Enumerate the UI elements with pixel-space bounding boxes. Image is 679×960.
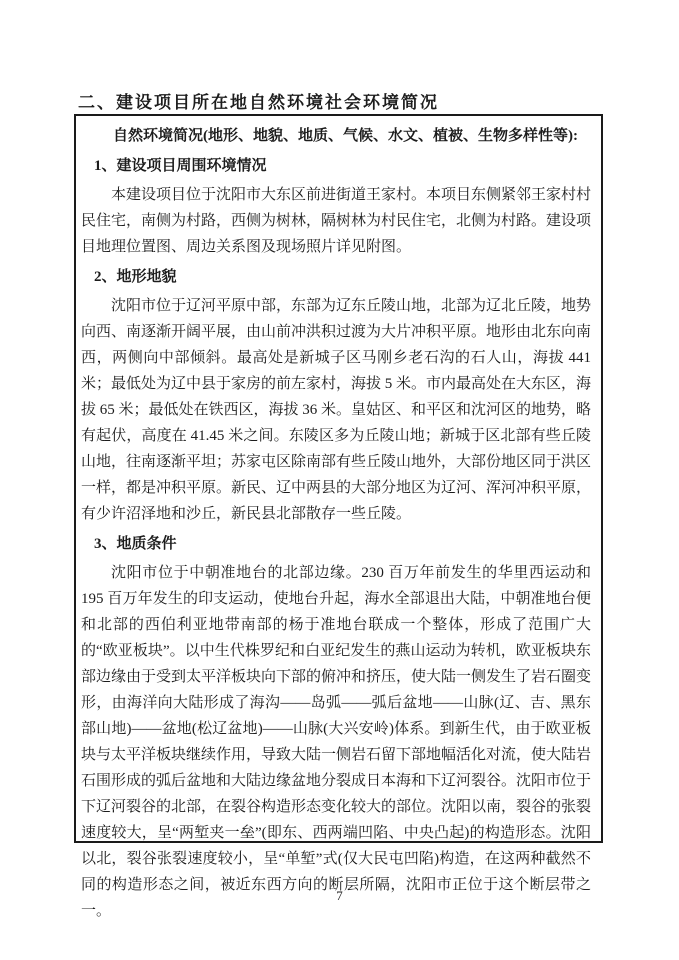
section-1-heading: 1、建设项目周围环境情况 xyxy=(94,153,591,179)
page-number: 7 xyxy=(0,888,679,904)
section-2-paragraph: 沈阳市位于辽河平原中部，东部为辽东丘陵山地，北部为辽北丘陵，地势向西、南逐渐开阔… xyxy=(81,293,591,527)
section-3-paragraph: 沈阳市位于中朝准地台的北部边缘。230 百万年前发生的华里西运动和 195 百万… xyxy=(81,560,591,924)
section-3-heading: 3、地质条件 xyxy=(94,531,591,557)
document-page: 二、建设项目所在地自然环境社会环境简况 自然环境简况(地形、地貌、地质、气候、水… xyxy=(0,0,679,960)
page-title: 二、建设项目所在地自然环境社会环境简况 xyxy=(78,88,439,113)
content-box: 自然环境简况(地形、地貌、地质、气候、水文、植被、生物多样性等): 1、建设项目… xyxy=(74,114,603,843)
box-header: 自然环境简况(地形、地貌、地质、气候、水文、植被、生物多样性等): xyxy=(81,123,591,149)
section-1-paragraph: 本建设项目位于沈阳市大东区前进街道王家村。本项目东侧紧邻王家村村民住宅，南侧为村… xyxy=(81,182,591,260)
section-2-heading: 2、地形地貌 xyxy=(94,264,591,290)
